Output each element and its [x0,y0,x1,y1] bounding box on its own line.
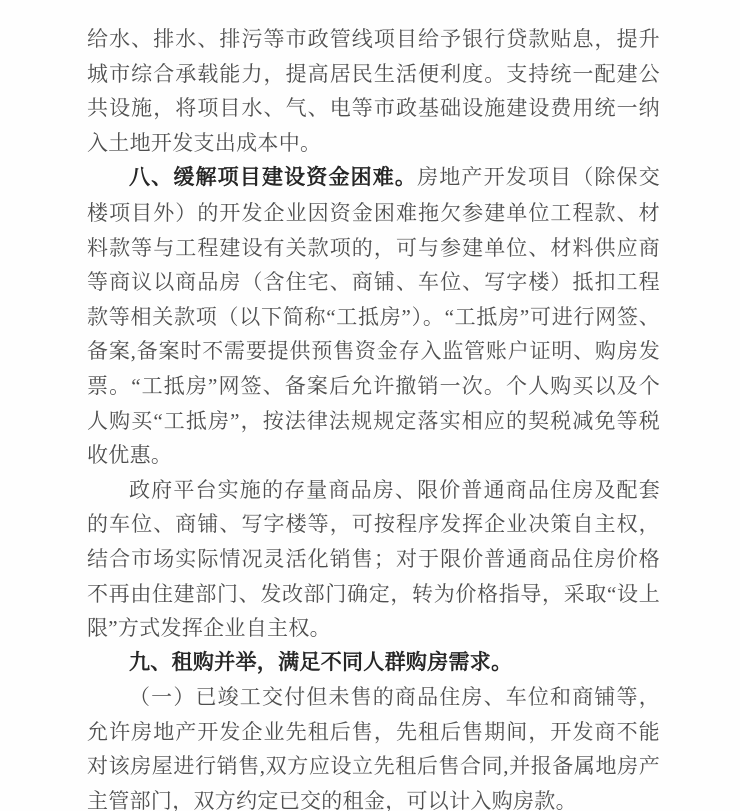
paragraph-section-8: 八、缓解项目建设资金困难。房地产开发项目（除保交楼项目外）的开发企业因资金困难拖… [87,160,660,472]
paragraph-government-platform: 政府平台实施的存量商品房、限价普通商品住房及配套的车位、商铺、写字楼等，可按程序… [87,473,660,646]
paragraph-item-1: （一）已竣工交付但未售的商品住房、车位和商铺等，允许房地产开发企业先租后售，先租… [87,680,660,811]
heading-text: 九、租购并举，满足不同人群购房需求。 [129,651,512,674]
section-9-heading: 九、租购并举，满足不同人群购房需求。 [87,646,660,681]
section-8-heading: 八、缓解项目建设资金困难。 [129,166,417,189]
paragraph-continuation: 给水、排水、排污等市政管线项目给予银行贷款贴息，提升城市综合承载能力，提高居民生… [87,22,660,160]
paragraph-text: 政府平台实施的存量商品房、限价普通商品住房及配套的车位、商铺、写字楼等，可按程序… [87,478,660,640]
paragraph-text: 房地产开发项目（除保交楼项目外）的开发企业因资金困难拖欠参建单位工程款、材料款等… [87,165,660,467]
paragraph-text: （一）已竣工交付但未售的商品住房、车位和商铺等，允许房地产开发企业先租后售，先租… [87,685,660,811]
paragraph-text: 给水、排水、排污等市政管线项目给予银行贷款贴息，提升城市综合承载能力，提高居民生… [87,27,660,155]
document-page: 给水、排水、排污等市政管线项目给予银行贷款贴息，提升城市综合承载能力，提高居民生… [0,0,740,811]
